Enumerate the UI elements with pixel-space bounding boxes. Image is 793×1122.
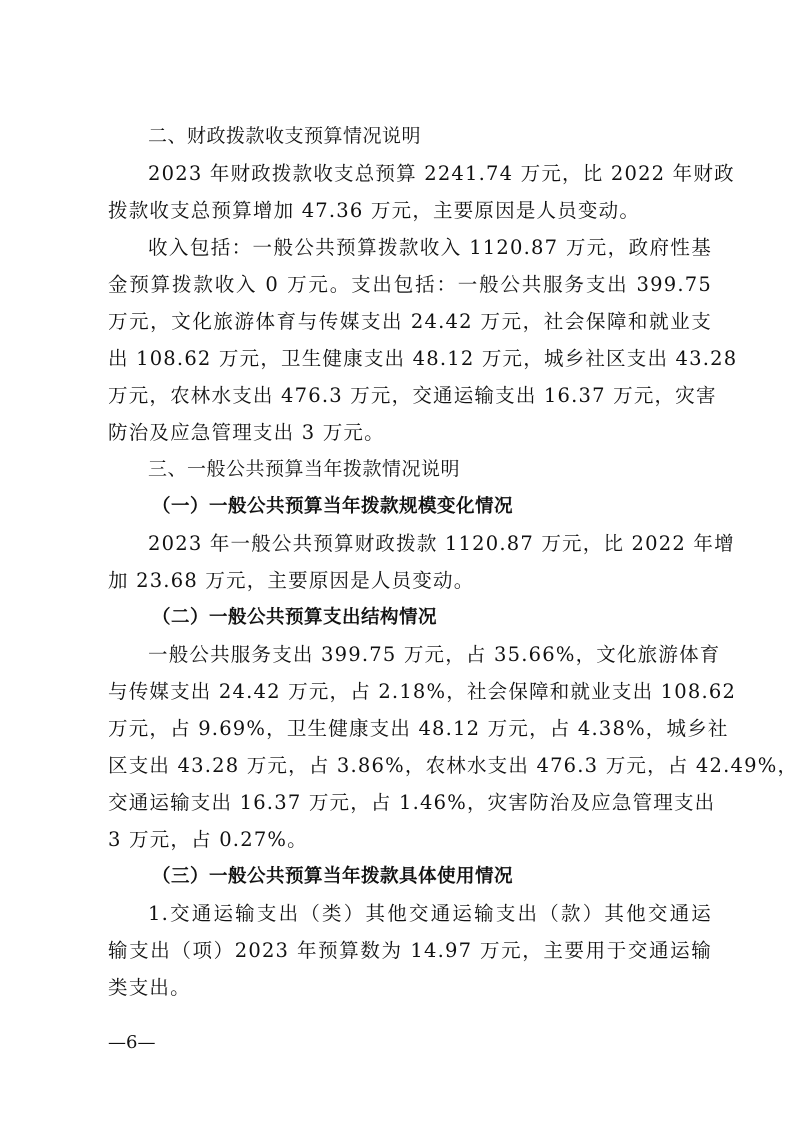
paragraph-line: 区支出 43.28 万元，占 3.86%，农林水支出 476.3 万元，占 42… xyxy=(108,747,712,784)
paragraph-line: 类支出。 xyxy=(108,969,712,1006)
subsection-heading-expenditure-structure: （二）一般公共预算支出结构情况 xyxy=(108,599,712,636)
paragraph-line: 2023 年财政拨款收支总预算 2241.74 万元，比 2022 年财政 xyxy=(108,155,712,192)
paragraph-line: 3 万元，占 0.27%。 xyxy=(108,821,712,858)
paragraph-line: 万元，文化旅游体育与传媒支出 24.42 万元，社会保障和就业支 xyxy=(108,303,712,340)
paragraph-line: 2023 年一般公共预算财政拨款 1120.87 万元，比 2022 年增 xyxy=(108,525,712,562)
paragraph-line: 金预算拨款收入 0 万元。支出包括：一般公共服务支出 399.75 xyxy=(108,266,712,303)
paragraph-line: 防治及应急管理支出 3 万元。 xyxy=(108,414,712,451)
paragraph-line: 输支出（项）2023 年预算数为 14.97 万元，主要用于交通运输 xyxy=(108,932,712,969)
paragraph-line: 万元，农林水支出 476.3 万元，交通运输支出 16.37 万元，灾害 xyxy=(108,377,712,414)
paragraph-line: 拨款收支总预算增加 47.36 万元，主要原因是人员变动。 xyxy=(108,192,712,229)
paragraph-line: 交通运输支出 16.37 万元，占 1.46%，灾害防治及应急管理支出 xyxy=(108,784,712,821)
paragraph-line: 万元，占 9.69%，卫生健康支出 48.12 万元，占 4.38%，城乡社 xyxy=(108,710,712,747)
paragraph-line: 加 23.68 万元，主要原因是人员变动。 xyxy=(108,562,712,599)
document-page: 二、财政拨款收支预算情况说明 2023 年财政拨款收支总预算 2241.74 万… xyxy=(108,118,712,1006)
paragraph-line: 出 108.62 万元，卫生健康支出 48.12 万元，城乡社区支出 43.28 xyxy=(108,340,712,377)
paragraph-line: 与传媒支出 24.42 万元，占 2.18%，社会保障和就业支出 108.62 xyxy=(108,673,712,710)
paragraph-line: 收入包括：一般公共预算拨款收入 1120.87 万元，政府性基 xyxy=(108,229,712,266)
section-heading-general-public-budget: 三、一般公共预算当年拨款情况说明 xyxy=(108,451,712,488)
paragraph-line: 1.交通运输支出（类）其他交通运输支出（款）其他交通运 xyxy=(108,895,712,932)
paragraph-line: 一般公共服务支出 399.75 万元，占 35.66%，文化旅游体育 xyxy=(108,636,712,673)
section-heading-fiscal-appropriation: 二、财政拨款收支预算情况说明 xyxy=(108,118,712,155)
page-number: —6— xyxy=(108,1032,155,1053)
subsection-heading-specific-usage: （三）一般公共预算当年拨款具体使用情况 xyxy=(108,858,712,895)
subsection-heading-scale-change: （一）一般公共预算当年拨款规模变化情况 xyxy=(108,488,712,525)
